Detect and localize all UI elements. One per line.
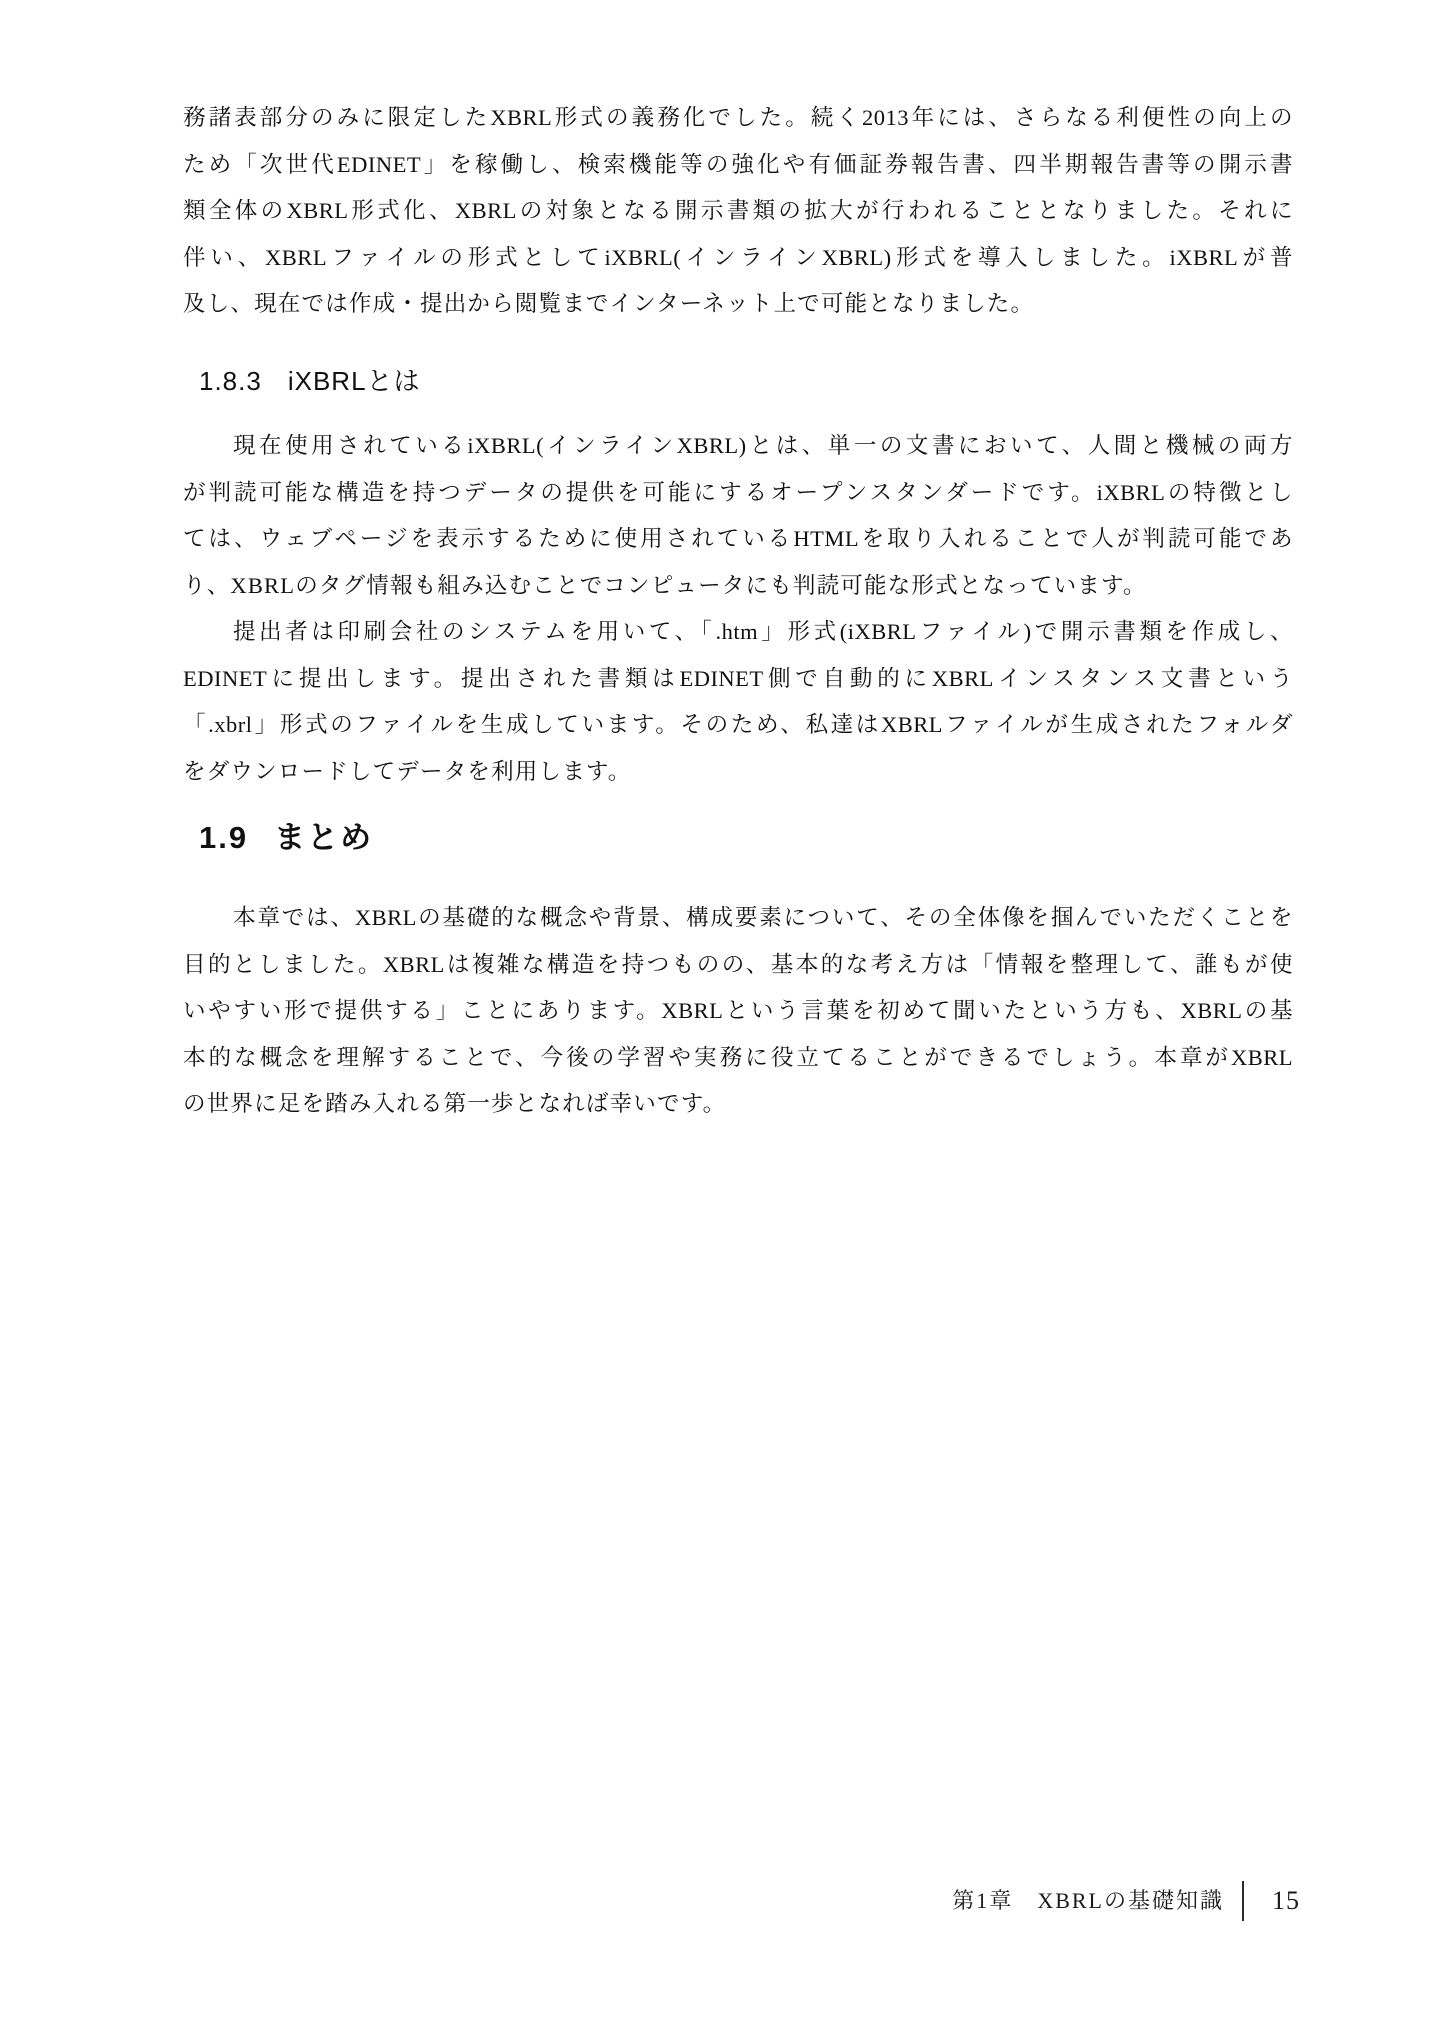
footer-chapter-label: 第1章 bbox=[952, 1881, 1013, 1921]
text-line: いやすい形で提供する」ことにあります。XBRLという言葉を初めて聞いたという方も… bbox=[183, 988, 1293, 1035]
text-line: 「.xbrl」形式のファイルを生成しています。そのため、私達はXBRLファイルが… bbox=[183, 702, 1293, 749]
text-line: り、XBRLのタグ情報も組み込むことでコンピュータにも判読可能な形式となっていま… bbox=[183, 563, 1293, 610]
text-line: 本的な概念を理解することで、今後の学習や実務に役立てることができるでしょう。本章… bbox=[183, 1035, 1293, 1082]
footer-section-title: XBRLの基礎知識 bbox=[1037, 1881, 1224, 1921]
heading-number: 1.9 bbox=[199, 820, 248, 855]
text-line: 伴い、XBRLファイルの形式としてiXBRL(インラインXBRL)形式を導入しま… bbox=[183, 235, 1293, 282]
paragraph-submission-flow: 提出者は印刷会社のシステムを用いて、「.htm」形式(iXBRLファイル)で開示… bbox=[183, 609, 1293, 795]
page-footer: 第1章 XBRLの基礎知識 15 bbox=[952, 1881, 1300, 1921]
text-line: 類全体のXBRL形式化、XBRLの対象となる開示書類の拡大が行われることとなりま… bbox=[183, 188, 1293, 235]
text-line: が判読可能な構造を持つデータの提供を可能にするオープンスタンダードです。iXBR… bbox=[183, 470, 1293, 517]
paragraph-summary: 本章では、XBRLの基礎的な概念や背景、構成要素について、その全体像を掴んでいた… bbox=[183, 895, 1293, 1128]
paragraph-group: 現在使用されているiXBRL(インラインXBRL)とは、単一の文書において、人間… bbox=[183, 423, 1293, 795]
page-number: 15 bbox=[1272, 1881, 1300, 1921]
text-line: 務諸表部分のみに限定したXBRL形式の義務化でした。続く2013年には、さらなる… bbox=[183, 95, 1293, 142]
heading-1-8-3-ixbrl: 1.8.3iXBRLとは bbox=[183, 364, 1309, 398]
text-line: 現在使用されているiXBRL(インラインXBRL)とは、単一の文書において、人間… bbox=[183, 423, 1293, 470]
heading-1-9-summary: 1.9まとめ bbox=[183, 818, 1309, 858]
text-line: 提出者は印刷会社のシステムを用いて、「.htm」形式(iXBRLファイル)で開示… bbox=[183, 609, 1293, 656]
text-line: をダウンロードしてデータを利用します。 bbox=[183, 749, 1293, 796]
heading-number: 1.8.3 bbox=[199, 366, 262, 396]
paragraph-ixbrl-definition: 現在使用されているiXBRL(インラインXBRL)とは、単一の文書において、人間… bbox=[183, 423, 1293, 609]
text-line: ては、ウェブページを表示するために使用されているHTMLを取り入れることで人が判… bbox=[183, 516, 1293, 563]
text-line: 本章では、XBRLの基礎的な概念や背景、構成要素について、その全体像を掴んでいた… bbox=[183, 895, 1293, 942]
paragraph-xbrl-mandate: 務諸表部分のみに限定したXBRL形式の義務化でした。続く2013年には、さらなる… bbox=[183, 95, 1293, 328]
text-line: 目的としました。XBRLは複雑な構造を持つものの、基本的な考え方は「情報を整理し… bbox=[183, 942, 1293, 989]
footer-divider bbox=[1242, 1881, 1244, 1921]
text-line: EDINETに提出します。提出された書類はEDINET側で自動的にXBRLインス… bbox=[183, 656, 1293, 703]
text-line: の世界に足を踏み入れる第一歩となれば幸いです。 bbox=[183, 1081, 1293, 1128]
heading-title: iXBRLとは bbox=[288, 366, 421, 396]
text-line: ため「次世代EDINET」を稼働し、検索機能等の強化や有価証券報告書、四半期報告… bbox=[183, 142, 1293, 189]
book-page: 務諸表部分のみに限定したXBRL形式の義務化でした。続く2013年には、さらなる… bbox=[0, 0, 1433, 2024]
heading-title: まとめ bbox=[274, 820, 373, 855]
text-line: 及し、現在では作成・提出から閲覧までインターネット上で可能となりました。 bbox=[183, 281, 1293, 328]
